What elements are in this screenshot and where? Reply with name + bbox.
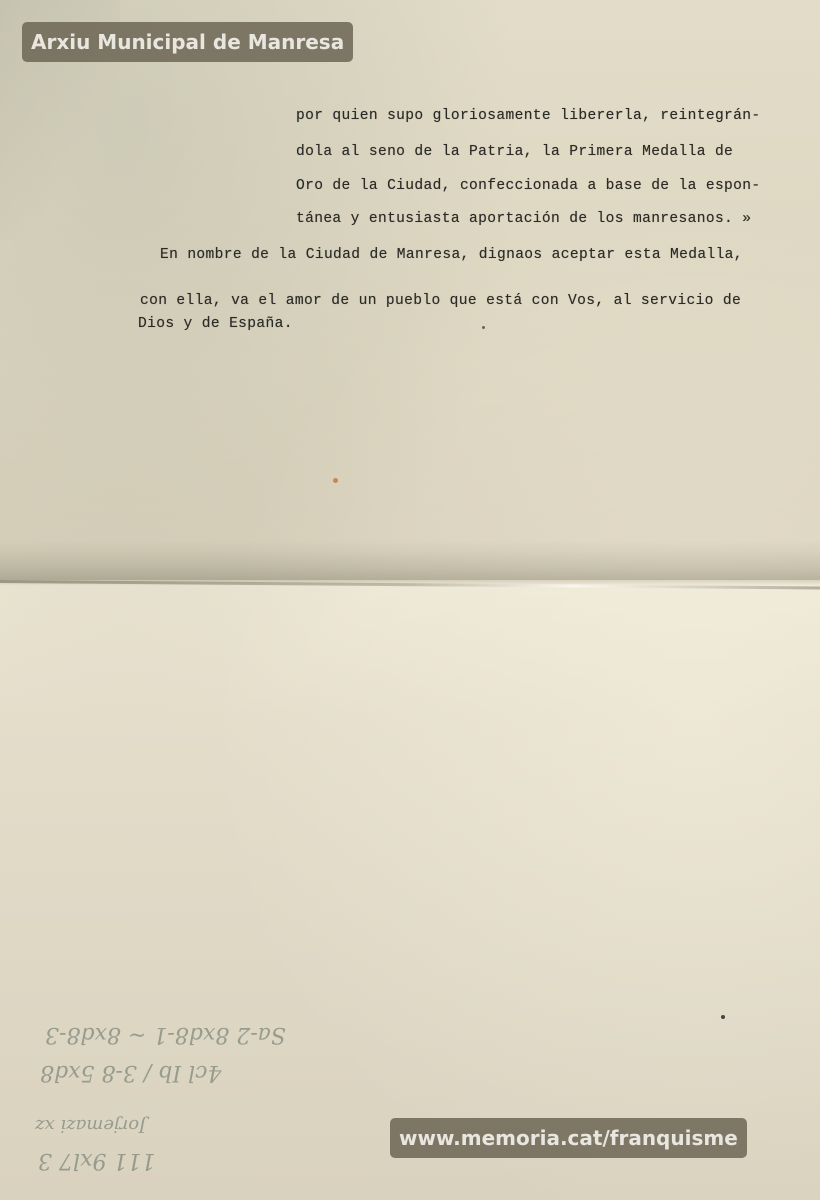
text-line: Dios y de España. [138, 316, 293, 332]
text-line: dola al seno de la Patria, la Primera Me… [296, 144, 733, 160]
ink-dot [482, 326, 485, 329]
text-line: tánea y entusiasta aportación de los man… [296, 211, 751, 227]
text-line: con ella, va el amor de un pueblo que es… [140, 293, 741, 309]
pencil-note: Jorjemazi xz [35, 1115, 146, 1136]
pencil-note: 111 9xl7 3 [38, 1148, 155, 1173]
pencil-note: Sa-2 8xd8-1 ~ 8xd8-3 [45, 1022, 286, 1047]
text-line: por quien supo gloriosamente libererla, … [296, 108, 761, 124]
pencil-note: 4cl Ib / 3-8 5xd8 [40, 1060, 221, 1085]
paper-fold [0, 580, 820, 589]
archive-watermark: Arxiu Municipal de Manresa [22, 22, 353, 62]
text-line: En nombre de la Ciudad de Manresa, digna… [160, 247, 743, 263]
fold-shadow [0, 540, 820, 580]
text-line: Oro de la Ciudad, confeccionada a base d… [296, 178, 761, 194]
website-watermark: www.memoria.cat/franquisme [390, 1118, 747, 1158]
rust-stain [333, 478, 338, 483]
ink-dot [721, 1015, 725, 1019]
